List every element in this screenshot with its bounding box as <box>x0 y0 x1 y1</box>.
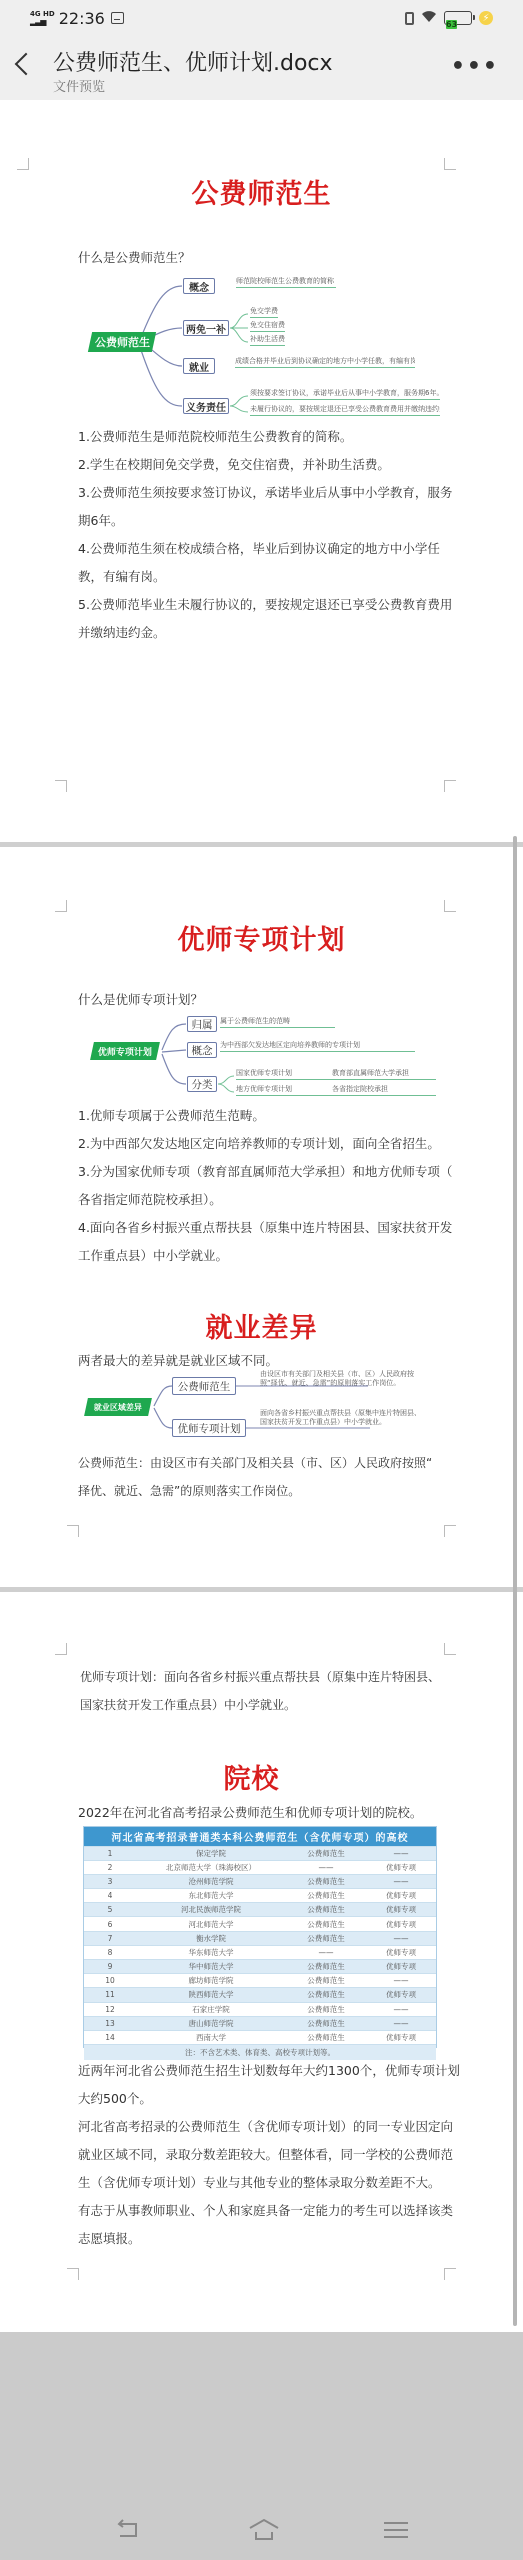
nav-back-button[interactable] <box>114 2518 142 2542</box>
mindmap-node: 优师专项计划 <box>172 1419 246 1437</box>
table-note: 注：不含艺术类、体育类、高校专项计划等。 <box>84 2045 436 2060</box>
mindmap-leaf: 免交住宿费 <box>250 320 285 332</box>
table-row: 3沧州师范学院公费师范生—— <box>84 1874 436 1888</box>
status-bar: 4G HD ▂▃▅ 22:36 63 ⚡ <box>0 0 523 36</box>
section-heading: 优师专项计划 <box>0 918 523 957</box>
mindmap-leaf: 师范院校师范生公费教育的简称 <box>236 276 336 288</box>
list-item: 各省指定师范院校承担）。 <box>78 1190 222 1208</box>
list-item: 期6年。 <box>78 511 123 529</box>
mindmap-node: 公费师范生 <box>172 1377 236 1395</box>
intro-text: 两者最大的差异就是就业区域不同。 <box>78 1351 278 1369</box>
body-text: 国家扶贫开发工作重点县）中小学就业。 <box>80 1696 296 1713</box>
mindmap-leaf: 成绩合格并毕业后到协议确定的地方中小学任教，有编有岗。 <box>235 356 415 368</box>
page-corner-mark <box>444 158 456 170</box>
mindmap-public-normal: 公费师范生 概念 两免一补 就业 义务责任 师范院校师范生公费教育的简称 免交学… <box>70 262 470 412</box>
table-row: 4东北师范大学公费师范生优师专项 <box>84 1889 436 1903</box>
page-corner-mark <box>67 2268 79 2280</box>
table-title: 河北省高考招录普通类本科公费师范生（含优师专项）的高校 <box>84 1827 436 1846</box>
list-item: 4.面向各省乡村振兴重点帮扶县（原集中连片特困县、国家扶贫开发 <box>78 1218 452 1236</box>
list-item: 3.分为国家优师专项（教育部直属师范大学承担）和地方优师专项（ <box>78 1162 452 1180</box>
table-row: 5河北民族师范学院公费师范生优师专项 <box>84 1903 436 1917</box>
mindmap-root: 公费师范生 <box>88 332 156 352</box>
mindmap-node: 义务责任 <box>183 398 229 414</box>
mindmap-excellent-teacher: 优师专项计划 归属 概念 分类 属于公费师范生的范畴 为中西部欠发达地区定向培养… <box>70 1010 470 1095</box>
menu-icon <box>384 2522 408 2524</box>
mindmap-leaf: 国家扶贫开发工作重点县）中小学就业。 <box>260 1417 386 1428</box>
section-heading: 就业差异 <box>0 1306 523 1345</box>
clock: 22:36 <box>59 9 105 28</box>
nav-menu-button[interactable] <box>382 2519 410 2541</box>
list-item: 工作重点县）中小学就业。 <box>78 1246 228 1264</box>
table-row: 13唐山师范学院公费师范生—— <box>84 2016 436 2030</box>
mindmap-node: 两免一补 <box>183 320 229 336</box>
body-text: 有志于从事教师职业、个人和家庭具备一定能力的考生可以选择该类 <box>78 2201 453 2219</box>
mindmap-node: 分类 <box>187 1076 217 1092</box>
list-item: 4.公费师范生须在校成绩合格，毕业后到协议确定的地方中小学任 <box>78 539 440 557</box>
page-separator <box>0 842 523 847</box>
page-corner-mark <box>55 780 67 792</box>
page-corner-mark <box>17 158 29 170</box>
list-item: 5.公费师范毕业生未履行协议的，要按规定退还已享受公费教育费用 <box>78 595 452 613</box>
notification-icon <box>111 12 124 24</box>
back-button[interactable] <box>14 52 30 76</box>
table-note-row: 注：不含艺术类、体育类、高校专项计划等。 <box>84 2045 436 2060</box>
body-text: 近两年河北省公费师范生招生计划数每年大约1300个，优师专项计划 <box>78 2061 460 2079</box>
table-row: 6河北师范大学公费师范生优师专项 <box>84 1917 436 1931</box>
table-row: 2北京师范大学（珠海校区）——优师专项 <box>84 1860 436 1874</box>
signal-icon: 4G HD ▂▃▅ <box>30 11 55 25</box>
body-text: 大约500个。 <box>78 2089 152 2107</box>
mindmap-leaf: 为中西部欠发达地区定向培养教师的专项计划 <box>220 1040 415 1052</box>
mindmap-root: 优师专项计划 <box>90 1042 160 1060</box>
list-item: 2.学生在校期间免交学费，免交住宿费，并补助生活费。 <box>78 455 390 473</box>
table-row: 7衡水学院公费师范生—— <box>84 1931 436 1945</box>
list-item: 教，有编有岗。 <box>78 567 166 585</box>
back-icon <box>114 2518 142 2542</box>
page-corner-mark <box>444 1643 456 1655</box>
charging-icon: ⚡ <box>479 11 493 25</box>
vibrate-icon <box>405 12 414 25</box>
nav-home-button[interactable] <box>248 2518 276 2542</box>
body-text: 优师专项计划：面向各省乡村振兴重点帮扶县（原集中连片特困县、 <box>80 1668 440 1685</box>
table-row: 1保定学院公费师范生—— <box>84 1846 436 1860</box>
table-row: 10廊坊师范学院公费师范生—— <box>84 1974 436 1988</box>
table-row: 9华中师范大学公费师范生优师专项 <box>84 1960 436 1974</box>
body-text: 志愿填报。 <box>78 2229 141 2247</box>
mindmap-employment-diff: 就业区域差异 公费师范生 优师专项计划 由设区市有关部门及相关县（市、区）人民政… <box>70 1372 470 1438</box>
mindmap-node: 就业 <box>183 358 215 374</box>
mindmap-leaf: 免交学费 <box>250 306 278 318</box>
home-icon <box>248 2518 280 2542</box>
table-row: 14西南大学公费师范生优师专项 <box>84 2030 436 2044</box>
battery-icon: 63 <box>444 11 472 25</box>
mindmap-leaf: 属于公费师范生的范畴 <box>220 1016 335 1028</box>
mindmap-root: 就业区域差异 <box>84 1398 152 1416</box>
table-intro: 2022年在河北省高考招录公费师范生和优师专项计划的院校。 <box>78 1803 422 1821</box>
app-header: 公费师范生、优师计划.docx 文件预览 ••• <box>0 36 523 100</box>
list-item: 2.为中西部欠发达地区定向培养教师的专项计划，面向全省招生。 <box>78 1134 440 1152</box>
page-corner-mark <box>444 780 456 792</box>
more-options-button[interactable]: ••• <box>451 62 499 72</box>
document-subtitle: 文件预览 <box>53 76 105 95</box>
mindmap-leaf: 须按要求签订协议，承诺毕业后从事中小学教育，服务期6年。 <box>250 388 440 400</box>
document-title: 公费师范生、优师计划.docx <box>53 46 333 77</box>
list-item: 3.公费师范生须按要求签订协议，承诺毕业后从事中小学教育，服务 <box>78 483 452 501</box>
page-corner-mark <box>444 1525 456 1537</box>
table-row: 8华东师范大学——优师专项 <box>84 1945 436 1959</box>
page-corner-mark <box>55 900 67 912</box>
wifi-icon <box>421 10 437 27</box>
body-text: 生（含优师专项计划）专业与其他专业的整体录取分数差距不大。 <box>78 2173 441 2191</box>
list-item: 并缴纳违约金。 <box>78 623 166 641</box>
page-corner-mark <box>444 2268 456 2280</box>
mindmap-detail: 教育部直属师范大学承担 <box>332 1068 409 1079</box>
mindmap-node: 概念 <box>183 278 215 294</box>
list-item: 1.优师专项属于公费师范生范畴。 <box>78 1106 265 1124</box>
body-text: 就业区域不同，录取分数差距较大。但整体看，同一学校的公费师范 <box>78 2145 453 2163</box>
page-corner-mark <box>444 900 456 912</box>
mindmap-leaf: 未履行协议的，要按规定退还已享受公费教育费用并缴纳违约金。 <box>250 404 440 416</box>
table-row: 12石家庄学院公费师范生—— <box>84 2002 436 2016</box>
mindmap-leaf: 补助生活费 <box>250 334 285 346</box>
page-separator <box>0 1587 523 1592</box>
mindmap-detail: 各省指定院校承担 <box>332 1084 388 1095</box>
battery-level: 63 <box>446 20 457 29</box>
body-text: 择优、就近、急需”的原则落实工作岗位。 <box>78 1482 300 1499</box>
body-text: 河北省高考招录的公费师范生（含优师专项计划）的同一专业因定向 <box>78 2117 453 2135</box>
mindmap-node: 概念 <box>187 1042 217 1058</box>
body-text: 公费师范生：由设区市有关部门及相关县（市、区）人民政府按照“ <box>78 1454 432 1471</box>
list-item: 1.公费师范生是师范院校师范生公费教育的简称。 <box>78 427 352 445</box>
vertical-scrollbar[interactable] <box>513 836 517 2326</box>
section-heading: 公费师范生 <box>0 172 523 211</box>
colleges-table: 河北省高考招录普通类本科公费师范生（含优师专项）的高校 1保定学院公费师范生——… <box>84 1827 436 2060</box>
question-text: 什么是优师专项计划？ <box>78 990 203 1008</box>
mindmap-leaf: 照“择优、就近、急需”的原则落实工作岗位。 <box>260 1378 400 1389</box>
table-row: 11陕西师范大学公费师范生优师专项 <box>84 1988 436 2002</box>
system-nav-bar <box>0 2500 523 2560</box>
more-icon: ••• <box>451 54 499 79</box>
page-corner-mark <box>67 1525 79 1537</box>
section-heading: 院校 <box>0 1757 513 1796</box>
mindmap-node: 归属 <box>187 1016 217 1032</box>
page-corner-mark <box>55 1643 67 1655</box>
